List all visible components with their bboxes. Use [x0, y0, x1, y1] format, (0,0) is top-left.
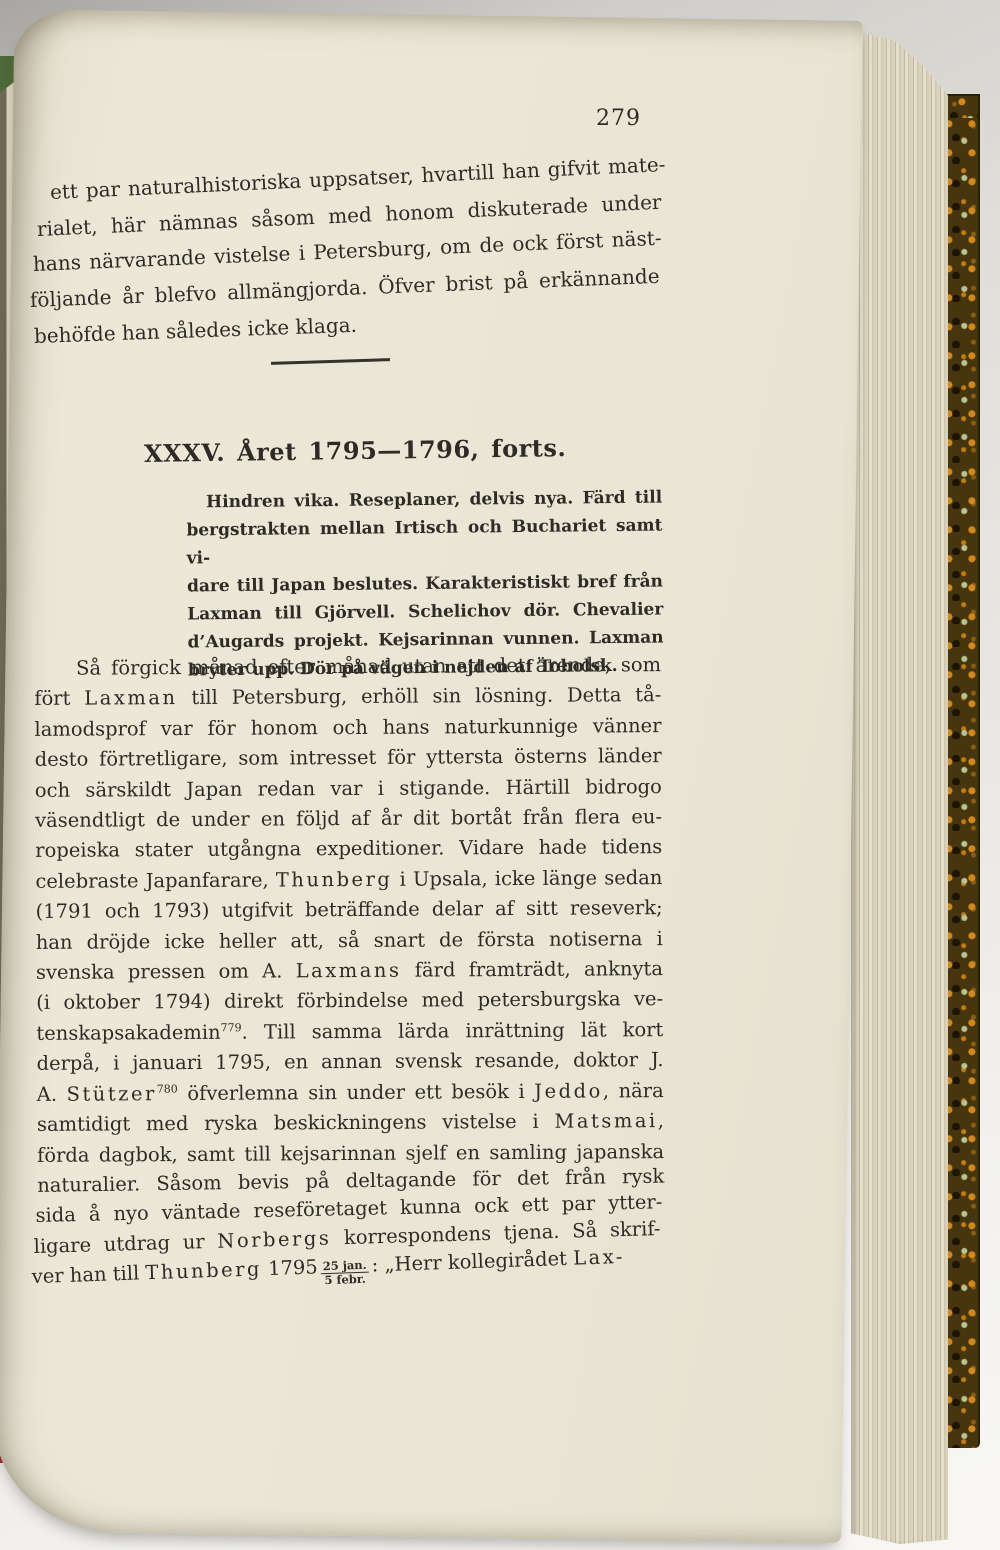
text-line: (1791 och 1793) utgifvit beträffande del… [36, 893, 663, 927]
photo-background: 279 ett par naturalhistoriska uppsatser,… [0, 0, 1000, 1550]
text-line: väsendtligt de under en följd af år dit … [35, 802, 662, 836]
date-fraction: 25 jan.5 febr. [320, 1259, 369, 1288]
fore-edge-pages [851, 24, 948, 1544]
text-line: celebraste Japanfarare, Thunberg i Upsal… [35, 863, 662, 897]
text-line: Så förgick månad efter månad utan att de… [34, 650, 661, 684]
text-line: derpå, i januari 1795, en annan svensk r… [36, 1045, 663, 1079]
text-line: samtidigt med ryska beskickningens viste… [37, 1106, 664, 1140]
text-line: svenska pressen om A. Laxmans färd framt… [36, 954, 663, 988]
page-number: 279 [596, 106, 641, 131]
section-heading: XXXV. Året 1795—1796, forts. [144, 433, 567, 468]
text-line: desto förtretligare, som intresset för y… [35, 741, 662, 775]
body-text: Så förgick månad efter månad utan att de… [34, 650, 665, 1297]
text-line: fört Laxman till Petersburg, erhöll sin … [34, 680, 661, 714]
text-line: bergstrakten mellan Irtisch och Bucharie… [186, 512, 663, 573]
text-line: lamodsprof var för honom och hans naturk… [34, 711, 661, 745]
text-line: och särskildt Japan redan var i stigande… [35, 772, 662, 806]
text-line: ropeiska stater utgångna expeditioner. V… [35, 833, 662, 867]
text-line: (i oktober 1794) direkt förbindelse med … [36, 985, 663, 1019]
text-line: A. Stützer780 öfverlemna sin under ett b… [37, 1076, 664, 1110]
text-line: tenskapsakademin779. Till samma lärda in… [36, 1015, 663, 1049]
text-line: han dröjde icke heller att, så snart de … [36, 924, 663, 958]
